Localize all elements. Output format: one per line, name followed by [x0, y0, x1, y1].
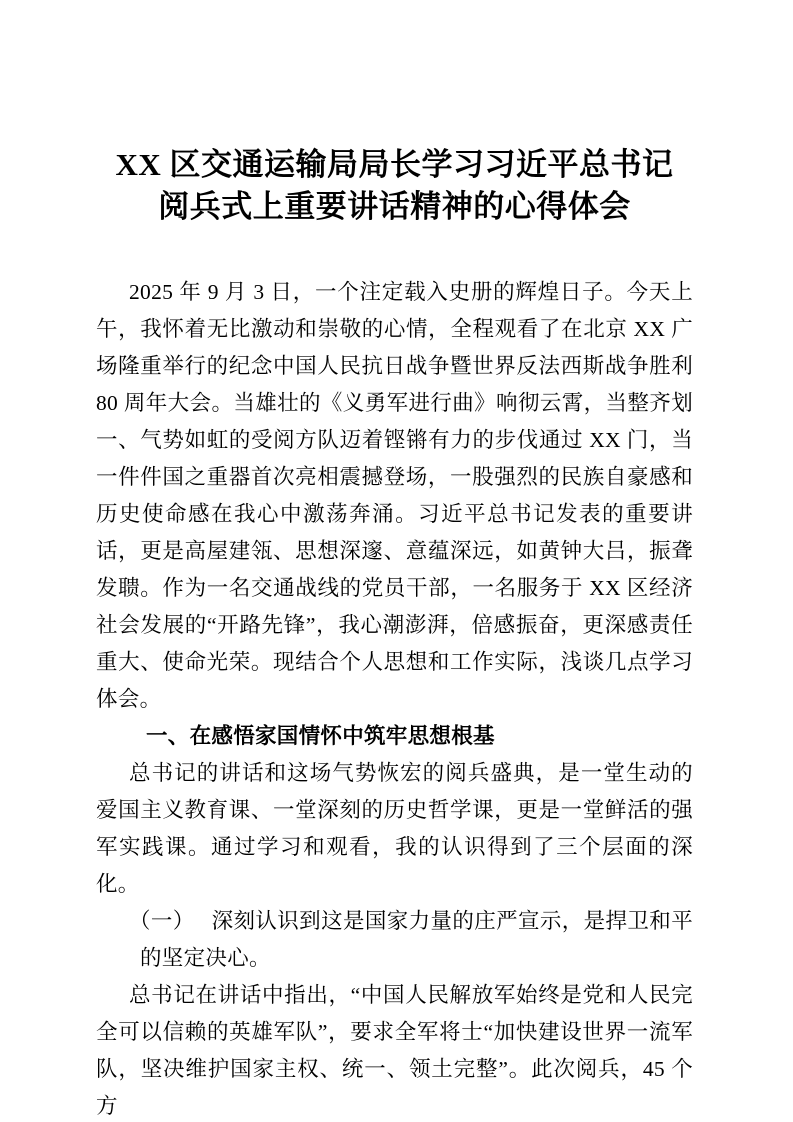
document-title-line2: 阅兵式上重要讲话精神的心得体会 [96, 186, 693, 228]
paragraph-section1-overview: 总书记的讲话和这场气势恢宏的阅兵盛典，是一堂生动的爱国主义教育课、一堂深刻的历史… [96, 755, 693, 903]
document-page: XX 区交通运输局局长学习习近平总书记 阅兵式上重要讲话精神的心得体会 2025… [0, 0, 793, 1122]
subsection-1-number: （一） [129, 909, 195, 933]
paragraph-intro: 2025 年 9 月 3 日，一个注定载入史册的辉煌日子。今天上午，我怀着无比激… [96, 274, 693, 718]
document-title-line1: XX 区交通运输局局长学习习近平总书记 [96, 144, 693, 186]
paragraph-subsection1-body: 总书记在讲话中指出，“中国人民解放军始终是党和人民完全可以信赖的英雄军队”，要求… [96, 977, 693, 1122]
subsection-heading-1: （一）深刻认识到这是国家力量的庄严宣示，是捍卫和平的坚定决心。 [96, 903, 693, 977]
subsection-1-title-text: 深刻认识到这是国家力量的庄严宣示，是捍卫和平的坚定决心。 [140, 909, 693, 970]
document-title: XX 区交通运输局局长学习习近平总书记 阅兵式上重要讲话精神的心得体会 [96, 144, 693, 228]
section-heading-1: 一、在感悟家国情怀中筑牢思想根基 [146, 718, 693, 755]
